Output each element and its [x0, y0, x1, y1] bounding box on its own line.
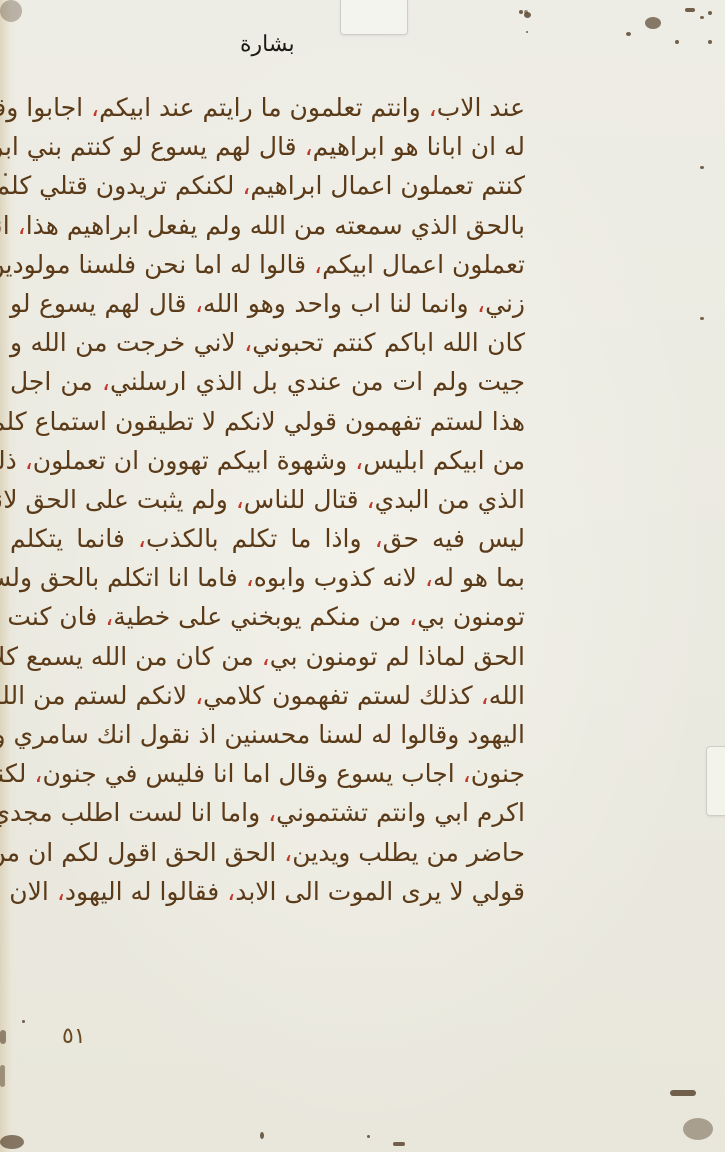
- text-line: تعملون اعمال ابيكم، قالوا له اما نحن فلس…: [10, 245, 525, 284]
- text-line: بالحق الذي سمعته من الله ولم يفعل ابراهي…: [10, 206, 525, 245]
- ink-speck: [685, 8, 695, 12]
- rubric-mark: ،: [18, 211, 26, 240]
- rubric-mark: ،: [138, 524, 146, 553]
- ink-speck: [683, 1118, 713, 1140]
- rubric-mark: ،: [481, 681, 489, 710]
- rubric-mark: ،: [195, 289, 203, 318]
- text-line: جنون، اجاب يسوع وقال اما انا فليس في جنو…: [10, 754, 525, 793]
- text-line: قولي لا يرى الموت الى الابد، فقالوا له ا…: [10, 872, 525, 911]
- text-line: هذا لستم تفهمون قولي لانكم لا تطيقون است…: [10, 402, 525, 441]
- text-line: له ان ابانا هو ابراهيم، قال لهم يسوع لو …: [10, 127, 525, 166]
- ink-speck: [700, 166, 704, 169]
- text-line: من ابيكم ابليس، وشهوة ابيكم تهوون ان تعم…: [10, 441, 525, 480]
- text-line: بما هو له، لانه كذوب وابوه، فاما انا اتك…: [10, 558, 525, 597]
- ink-speck: [0, 0, 22, 22]
- ink-speck: [645, 17, 661, 29]
- ink-speck: [526, 31, 528, 33]
- repair-tape-right: [706, 746, 725, 816]
- rubric-mark: ،: [268, 798, 276, 827]
- ink-speck: [675, 40, 679, 44]
- text-line: اليهود وقالوا له لسنا محسنين اذ نقول انك…: [10, 715, 525, 754]
- text-line: جيت ولم ات من عندي بل الذي ارسلني، من اج…: [10, 362, 525, 401]
- rubric-mark: ،: [57, 877, 65, 906]
- rubric-mark: ،: [314, 250, 322, 279]
- text-line: الله، كذلك لستم تفهمون كلامي، لانكم لستم…: [10, 676, 525, 715]
- rubric-mark: ،: [477, 289, 485, 318]
- text-line: الحق لماذا لم تومنون بي، من كان من الله …: [10, 637, 525, 676]
- rubric-mark: ،: [105, 602, 113, 631]
- manuscript-text-block: عند الاب، وانتم تعلمون ما رايتم عند ابيك…: [10, 88, 525, 911]
- repair-tape-top: [340, 0, 408, 35]
- ink-speck: [0, 1065, 5, 1087]
- rubric-mark: ،: [425, 563, 433, 592]
- ink-speck: [22, 1020, 25, 1023]
- rubric-mark: ،: [236, 485, 244, 514]
- catchword-header: بشارة: [240, 32, 295, 57]
- rubric-mark: ،: [262, 642, 270, 671]
- rubric-mark: ،: [355, 446, 363, 475]
- ink-speck: [393, 1142, 405, 1146]
- text-line: كان الله اباكم كنتم تحبوني، لاني خرجت من…: [10, 323, 525, 362]
- rubric-mark: ،: [34, 759, 42, 788]
- text-line: تومنون بي، من منكم يوبخني على خطية، فان …: [10, 597, 525, 636]
- manuscript-page: بشارة عند الاب، وانتم تعلمون ما رايتم عن…: [0, 0, 725, 1152]
- ink-speck: [260, 1132, 264, 1139]
- rubric-mark: ،: [246, 563, 254, 592]
- rubric-mark: ،: [102, 367, 110, 396]
- text-line: اكرم ابي وانتم تشتموني، واما انا لست اطل…: [10, 793, 525, 832]
- rubric-mark: ،: [244, 328, 252, 357]
- rubric-mark: ،: [91, 93, 99, 122]
- ink-speck: [700, 16, 704, 19]
- ink-speck: [524, 10, 528, 14]
- folio-number: ٥١: [62, 1024, 86, 1049]
- rubric-mark: ،: [305, 132, 313, 161]
- ink-speck: [0, 1030, 6, 1044]
- ink-speck: [519, 10, 523, 14]
- text-line: حاضر من يطلب ويدين، الحق الحق اقول لكم ا…: [10, 833, 525, 872]
- text-line: كنتم تعملون اعمال ابراهيم، لكنكم تريدون …: [10, 166, 525, 205]
- ink-speck: [700, 317, 704, 320]
- ink-speck: [367, 1135, 370, 1138]
- ink-speck: [708, 11, 712, 15]
- rubric-mark: ،: [409, 602, 417, 631]
- rubric-mark: ،: [463, 759, 471, 788]
- rubric-mark: ،: [429, 93, 437, 122]
- ink-speck: [0, 1135, 24, 1149]
- rubric-mark: ،: [367, 485, 375, 514]
- text-line: الذي من البدي، قتال للناس، ولم يثبت على …: [10, 480, 525, 519]
- rubric-mark: ،: [195, 681, 203, 710]
- rubric-mark: ،: [284, 838, 292, 867]
- ink-speck: [626, 32, 631, 36]
- text-line: زني، وانما لنا اب واحد وهو الله، قال لهم…: [10, 284, 525, 323]
- rubric-mark: ،: [25, 446, 33, 475]
- ink-speck: [708, 40, 712, 44]
- rubric-mark: ،: [242, 171, 250, 200]
- text-line: عند الاب، وانتم تعلمون ما رايتم عند ابيك…: [10, 88, 525, 127]
- rubric-mark: ،: [375, 524, 383, 553]
- ink-speck: [670, 1090, 696, 1096]
- rubric-mark: ،: [227, 877, 235, 906]
- text-line: ليس فيه حق، واذا ما تكلم بالكذب، فانما ي…: [10, 519, 525, 558]
